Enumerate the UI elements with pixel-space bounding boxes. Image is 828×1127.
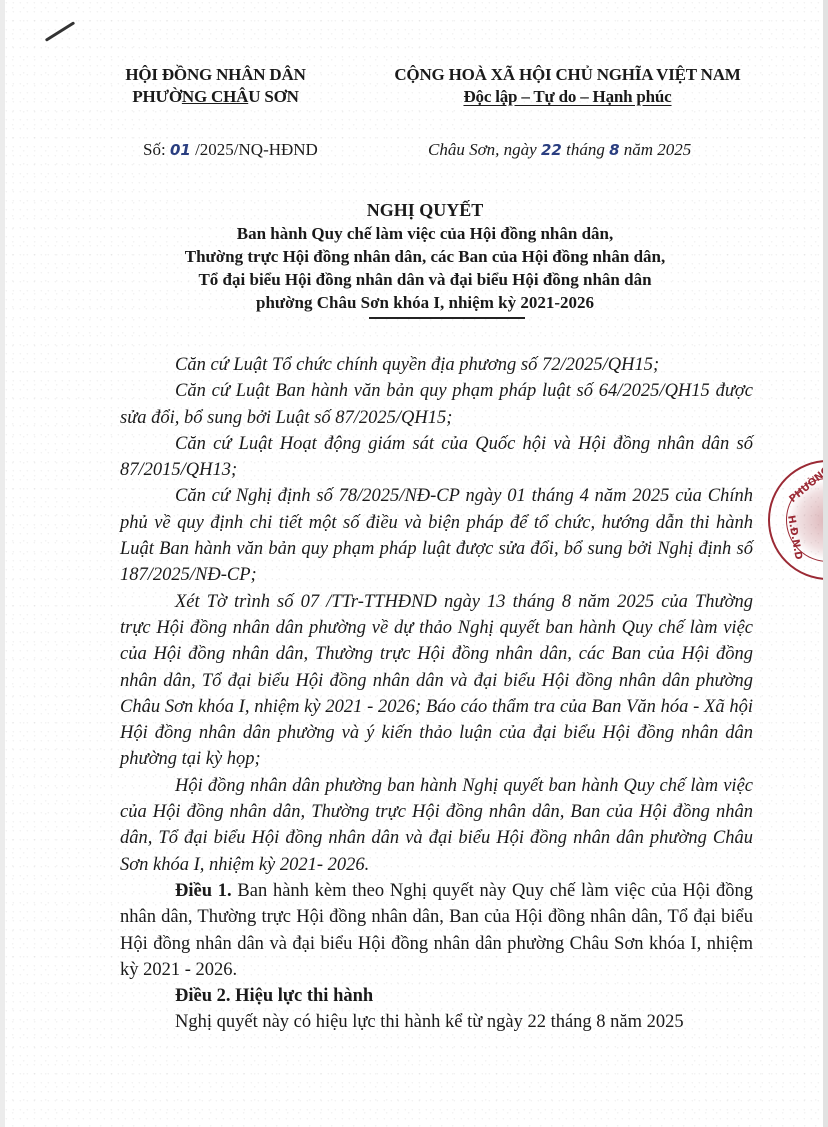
preamble-paragraph: Hội đồng nhân dân phường ban hành Nghị q… xyxy=(120,773,753,878)
motto: Độc lập – Tự do – Hạnh phúc xyxy=(365,86,770,108)
title-line: Ban hành Quy chế làm việc của Hội đồng n… xyxy=(125,222,725,245)
title-underline xyxy=(369,317,525,319)
article-1-heading: Điều 1. xyxy=(175,881,232,901)
handwritten-month: 8 xyxy=(609,141,619,159)
handwritten-day: 22 xyxy=(541,141,562,159)
preamble-paragraph: Căn cứ Nghị định số 78/2025/NĐ-CP ngày 0… xyxy=(120,483,753,588)
preamble-paragraph: Căn cứ Luật Hoạt động giám sát của Quốc … xyxy=(120,431,753,484)
authority-line-1: HỘI ĐỒNG NHÂN DÂN xyxy=(113,64,318,86)
title-line: Tổ đại biểu Hội đồng nhân dân và đại biể… xyxy=(125,268,725,291)
resolution-title: NGHỊ QUYẾT Ban hành Quy chế làm việc của… xyxy=(125,199,725,314)
issue-date: Châu Sơn, ngày 22 tháng 8 năm 2025 xyxy=(428,139,691,161)
title-main: NGHỊ QUYẾT xyxy=(125,199,725,222)
page-edge xyxy=(823,0,828,1127)
pen-stroke-mark xyxy=(45,21,75,42)
document-number: Số: 01 /2025/NQ-HĐND xyxy=(143,139,318,161)
document-page: HỘI ĐỒNG NHÂN DÂN PHƯỜNG CHÂU SƠN CỘNG H… xyxy=(5,0,823,1127)
article-2-heading: Điều 2. Hiệu lực thi hành xyxy=(120,983,753,1009)
title-line: Thường trực Hội đồng nhân dân, các Ban c… xyxy=(125,245,725,268)
article-1: Điều 1. Ban hành kèm theo Nghị quyết này… xyxy=(120,878,753,983)
authority-line-2: PHƯỜNG CHÂU SƠN xyxy=(113,86,318,108)
preamble-paragraph: Căn cứ Luật Ban hành văn bản quy phạm ph… xyxy=(120,378,753,431)
title-line: phường Châu Sơn khóa I, nhiệm kỳ 2021-20… xyxy=(125,291,725,314)
official-seal-stamp: PHƯỜNG C H.Đ.N.D xyxy=(768,460,828,580)
article-2-text: Nghị quyết này có hiệu lực thi hành kể t… xyxy=(120,1009,753,1035)
handwritten-number: 01 xyxy=(170,141,191,159)
document-body: Căn cứ Luật Tổ chức chính quyền địa phươ… xyxy=(120,352,753,1036)
national-motto: CỘNG HOÀ XÃ HỘI CHỦ NGHĨA VIỆT NAM Độc l… xyxy=(365,64,770,108)
issuing-authority: HỘI ĐỒNG NHÂN DÂN PHƯỜNG CHÂU SƠN xyxy=(113,64,318,108)
country-name: CỘNG HOÀ XÃ HỘI CHỦ NGHĨA VIỆT NAM xyxy=(365,64,770,86)
preamble-paragraph: Căn cứ Luật Tổ chức chính quyền địa phươ… xyxy=(120,352,753,378)
preamble-paragraph: Xét Tờ trình số 07 /TTr-TTHĐND ngày 13 t… xyxy=(120,589,753,773)
